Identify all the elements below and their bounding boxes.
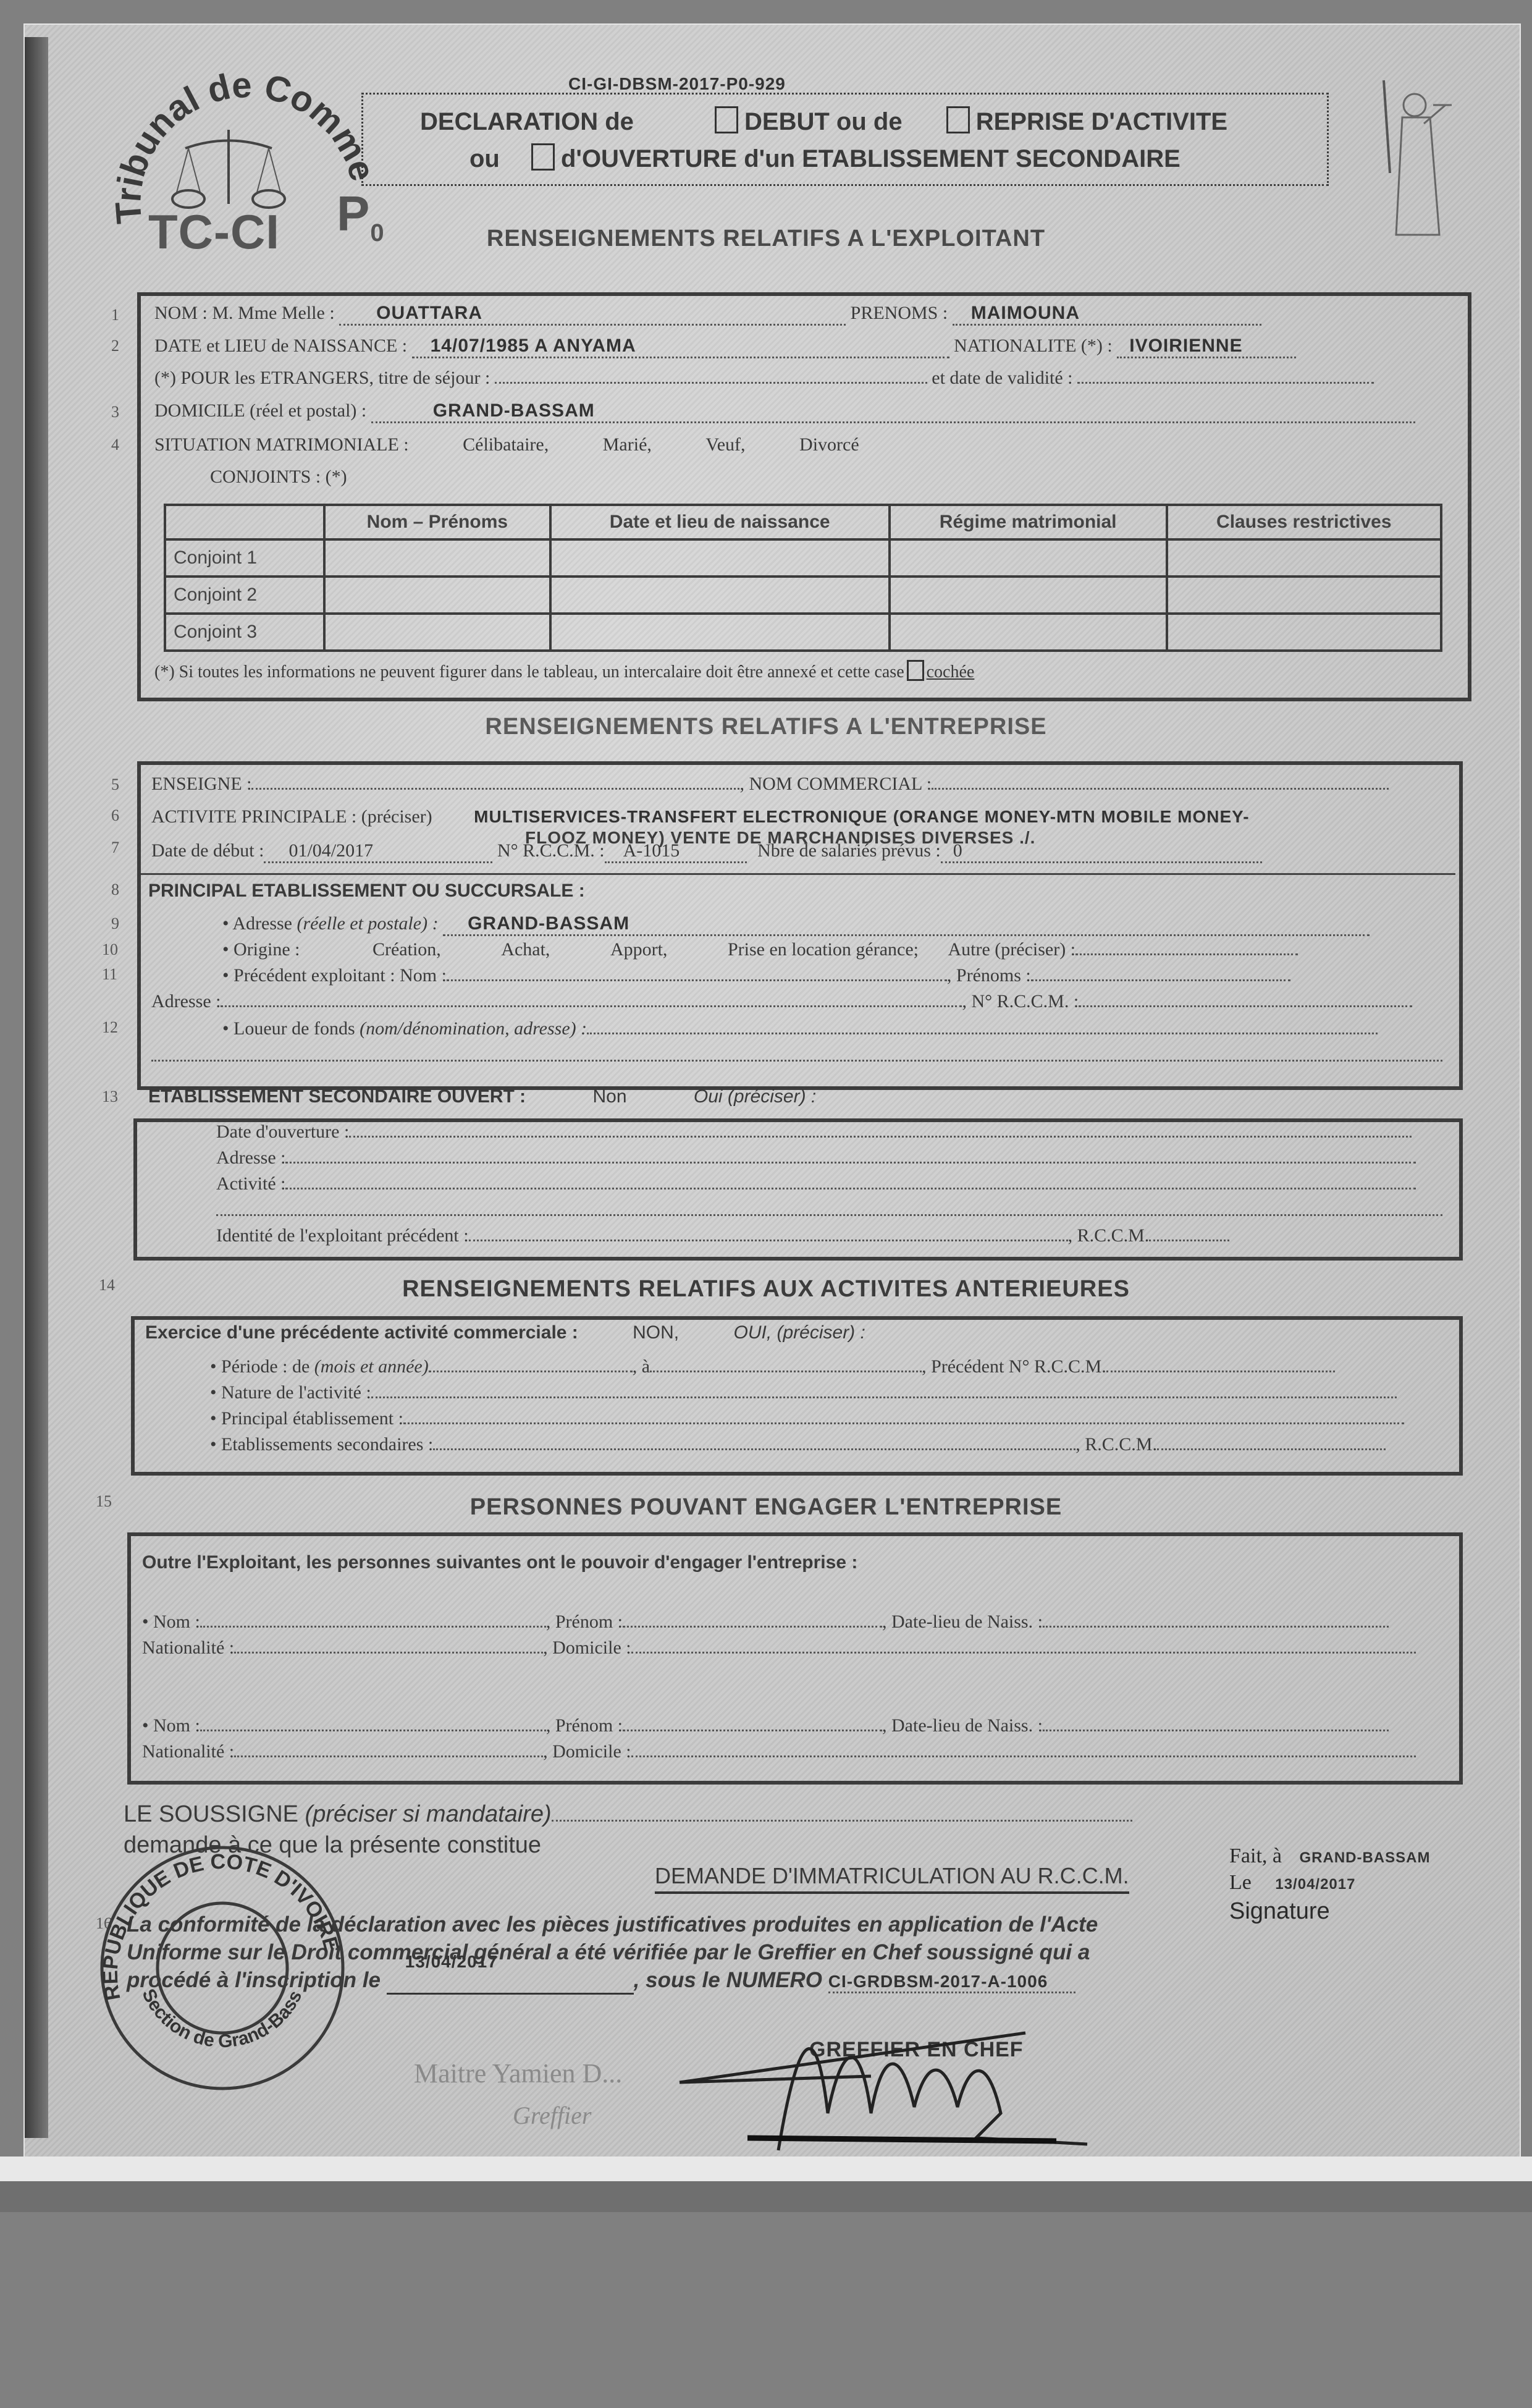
nom-row: NOM : M. Mme Melle : OUATTARA PRENOMS : …: [154, 303, 1261, 326]
scanner-band: [0, 2181, 1532, 2212]
secondaires-row: • Etablissements secondaires :, R.C.C.M.: [210, 1434, 1386, 1455]
adresse2-row: Adresse :, N° R.C.C.M. :: [151, 991, 1412, 1012]
row-number: 10: [102, 940, 118, 959]
section-title-exploitant: RENSEIGNEMENTS RELATIFS A L'EXPLOITANT: [0, 226, 1532, 252]
conjoints-footnote: (*) Si toutes les informations ne peuven…: [154, 660, 974, 682]
column-header: Régime matrimonial: [890, 505, 1167, 539]
le-row: Le 13/04/2017: [1229, 1871, 1355, 1895]
intercalaire-checkbox[interactable]: [907, 660, 924, 681]
column-header: Date et lieu de naissance: [550, 505, 890, 539]
faint-stamp-title: Greffier: [513, 2101, 591, 2130]
activite-field[interactable]: MULTISERVICES-TRANSFERT ELECTRONIQUE (OR…: [474, 807, 1249, 826]
precedent-adresse-field[interactable]: [221, 1005, 962, 1007]
row-number: 2: [111, 337, 119, 355]
conjoints-table: Nom – Prénoms Date et lieu de naissance …: [164, 504, 1442, 652]
conjoints-label: CONJOINTS : (*): [210, 467, 347, 488]
handwritten-signature-icon: [655, 1990, 1149, 2163]
nature-field[interactable]: [371, 1396, 1397, 1398]
debut-checkbox[interactable]: [715, 106, 738, 133]
option-veuf[interactable]: Veuf,: [705, 434, 745, 455]
row-number: 5: [111, 775, 119, 794]
personne-prenom-field[interactable]: [623, 1730, 882, 1731]
precedent-nom-field[interactable]: [447, 979, 947, 981]
option-location-gerance[interactable]: Prise en location gérance;: [728, 939, 919, 960]
row-number: 11: [102, 965, 117, 984]
table-row: Conjoint 2: [165, 577, 1441, 614]
periode-row: • Période : de (mois et année), à, Précé…: [210, 1356, 1335, 1377]
personnes-intro: Outre l'Exploitant, les personnes suivan…: [142, 1552, 857, 1573]
table-row: Conjoint 1: [165, 539, 1441, 577]
naissance-field[interactable]: 14/07/1985 A ANYAMA: [412, 336, 949, 358]
reference-stamp: CI-GI-DBSM-2017-P0-929: [568, 74, 786, 94]
loueur-row: • Loueur de fonds (nom/dénomination, adr…: [222, 1018, 1378, 1039]
fait-a-row: Fait, à GRAND-BASSAM: [1229, 1844, 1430, 1868]
identite-rccm-field[interactable]: [1149, 1240, 1229, 1241]
precedent-rccm-field[interactable]: [1079, 1005, 1412, 1007]
row-number: 4: [111, 436, 119, 454]
secondaires-field[interactable]: [433, 1448, 1075, 1450]
naissance-row: DATE et LIEU de NAISSANCE : 14/07/1985 A…: [154, 336, 1296, 358]
section-title-personnes: PERSONNES POUVANT ENGAGER L'ENTREPRISE: [0, 1494, 1532, 1521]
personne-date-field[interactable]: [1043, 1626, 1389, 1628]
salaries-field[interactable]: 0: [941, 840, 1262, 863]
secondaire-activite-field-2[interactable]: [216, 1214, 1442, 1216]
prenoms-field[interactable]: MAIMOUNA: [953, 303, 1261, 326]
row-number: 8: [111, 881, 119, 899]
nom-field[interactable]: OUATTARA: [339, 303, 846, 326]
periode-debut-field[interactable]: [429, 1371, 633, 1372]
adresse-field[interactable]: GRAND-BASSAM: [443, 913, 1370, 936]
date-ouverture-field[interactable]: [349, 1136, 1412, 1138]
scan-edge: [25, 37, 48, 2138]
row-number: 1: [111, 306, 119, 324]
validite-field[interactable]: [1077, 382, 1374, 384]
loueur-field-2[interactable]: [151, 1060, 1442, 1062]
svg-text:REPUBLIQUE DE COTE D'IVOIRE: REPUBLIQUE DE COTE D'IVOIRE: [99, 1850, 343, 2003]
loueur-field[interactable]: [587, 1033, 1378, 1034]
official-seal-icon: REPUBLIQUE DE COTE D'IVOIRE Section de G…: [93, 1838, 352, 2098]
option-creation[interactable]: Création,: [372, 939, 441, 960]
row-number: 9: [111, 915, 119, 933]
nom-commercial-field[interactable]: [932, 788, 1389, 790]
origine-row: • Origine : Création, Achat, Apport, Pri…: [222, 939, 1298, 960]
exercice-row: Exercice d'une précédente activité comme…: [145, 1322, 865, 1343]
personne-2-row-1: • Nom :, Prénom :, Date-lieu de Naiss. :: [142, 1715, 1389, 1736]
row-number: 3: [111, 403, 119, 421]
option-achat[interactable]: Achat,: [501, 939, 550, 960]
column-header: Clauses restrictives: [1167, 505, 1441, 539]
identite-row: Identité de l'exploitant précédent :, R.…: [216, 1225, 1229, 1246]
precedent-rccm-field[interactable]: [1106, 1371, 1335, 1372]
row-number: 6: [111, 806, 119, 825]
option-apport[interactable]: Apport,: [610, 939, 668, 960]
declaration-line-2: ou d'OUVERTURE d'un ETABLISSEMENT SECOND…: [469, 143, 1181, 173]
divider: [141, 873, 1455, 875]
domicile-row: DOMICILE (réel et postal) : GRAND-BASSAM: [154, 400, 1415, 423]
secondaire-activite-row: Activité :: [216, 1173, 1416, 1194]
enseigne-row: ENSEIGNE :, NOM COMMERCIAL :: [151, 774, 1389, 795]
secondaires-rccm-field[interactable]: [1157, 1448, 1386, 1450]
personne-nom-field[interactable]: [200, 1626, 546, 1628]
soussigne-field[interactable]: [552, 1820, 1132, 1822]
faint-stamp-name: Maitre Yamien D...: [414, 2058, 622, 2089]
signature-label: Signature: [1229, 1898, 1330, 1925]
option-marie[interactable]: Marié,: [603, 434, 652, 455]
enseigne-field[interactable]: [251, 788, 739, 790]
personne-1-row-2: Nationalité :, Domicile :: [142, 1637, 1416, 1658]
personne-date-field[interactable]: [1043, 1730, 1389, 1731]
date-debut-field[interactable]: 01/04/2017: [264, 840, 492, 863]
option-autre[interactable]: Autre (préciser) :: [948, 939, 1075, 960]
secondaire-adresse-row: Adresse :: [216, 1147, 1416, 1168]
personne-nom-field[interactable]: [200, 1730, 546, 1731]
soussigne-row: LE SOUSSIGNE (préciser si mandataire): [124, 1801, 1132, 1828]
date-debut-row: Date de début :01/04/2017 N° R.C.C.M. :A…: [151, 840, 1262, 863]
domicile-field[interactable]: GRAND-BASSAM: [371, 400, 1415, 423]
demande-title: DEMANDE D'IMMATRICULATION AU R.C.C.M.: [655, 1863, 1129, 1894]
personne-domicile-field[interactable]: [631, 1755, 1416, 1757]
declaration-line-1: DECLARATION de DEBUT ou de REPRISE D'ACT…: [420, 106, 1227, 136]
option-non[interactable]: Non: [593, 1086, 627, 1107]
situation-row: SITUATION MATRIMONIALE : Célibataire, Ma…: [154, 434, 859, 455]
personne-prenom-field[interactable]: [623, 1626, 882, 1628]
inscription-date-field[interactable]: 13/04/2017: [387, 1968, 634, 1995]
etrangers-row: (*) POUR les ETRANGERS, titre de séjour …: [154, 368, 1374, 389]
autre-field[interactable]: [1075, 953, 1298, 955]
nationalite-field[interactable]: IVOIRIENNE: [1117, 336, 1296, 358]
section-title-anterieures: RENSEIGNEMENTS RELATIFS AUX ACTIVITES AN…: [0, 1276, 1532, 1303]
row-number: 13: [102, 1088, 118, 1106]
adresse-row: • Adresse (réelle et postale) : GRAND-BA…: [222, 913, 1370, 936]
option-celibataire[interactable]: Célibataire,: [463, 434, 549, 455]
principal-title: PRINCIPAL ETABLISSEMENT OU SUCCURSALE :: [148, 881, 585, 902]
option-oui[interactable]: OUI, (préciser) :: [733, 1322, 865, 1343]
rccm-field[interactable]: A-1015: [605, 840, 747, 863]
principal-row: • Principal établissement :: [210, 1408, 1404, 1429]
row-number: 12: [102, 1018, 118, 1037]
secondaire-activite-field[interactable]: [285, 1188, 1416, 1189]
identite-field[interactable]: [469, 1240, 1068, 1241]
le-value: 13/04/2017: [1275, 1876, 1355, 1893]
personne-nationalite-field[interactable]: [234, 1652, 543, 1654]
column-header: Nom – Prénoms: [324, 505, 550, 539]
periode-fin-field[interactable]: [650, 1371, 922, 1372]
fait-a-value: GRAND-BASSAM: [1299, 1849, 1430, 1866]
secondaire-row: ETABLISSEMENT SECONDAIRE OUVERT : Non Ou…: [148, 1086, 816, 1107]
reprise-checkbox[interactable]: [946, 106, 970, 133]
table-header-row: Nom – Prénoms Date et lieu de naissance …: [165, 505, 1441, 539]
principal-field[interactable]: [403, 1422, 1404, 1424]
secondaire-adresse-field[interactable]: [285, 1162, 1416, 1164]
date-ouverture-row: Date d'ouverture :: [216, 1122, 1412, 1143]
personne-1-row-1: • Nom :, Prénom :, Date-lieu de Naiss. :: [142, 1612, 1389, 1633]
activite-row: ACTIVITE PRINCIPALE : (préciser) MULTISE…: [151, 806, 1250, 827]
nature-row: • Nature de l'activité :: [210, 1382, 1397, 1403]
personne-nationalite-field[interactable]: [234, 1755, 543, 1757]
personne-2-row-2: Nationalité :, Domicile :: [142, 1741, 1416, 1762]
precedent-row: • Précédent exploitant : Nom :, Prénoms …: [222, 965, 1290, 986]
precedent-prenoms-field[interactable]: [1031, 979, 1290, 981]
table-row: Conjoint 3: [165, 614, 1441, 651]
option-oui[interactable]: Oui (préciser) :: [694, 1086, 816, 1107]
ouverture-checkbox[interactable]: [531, 143, 555, 171]
option-non[interactable]: NON,: [633, 1322, 679, 1343]
lady-justice-icon: [1365, 68, 1452, 247]
titre-sejour-field[interactable]: [495, 382, 927, 384]
section-title-entreprise: RENSEIGNEMENTS RELATIFS A L'ENTREPRISE: [0, 714, 1532, 740]
option-divorce[interactable]: Divorcé: [799, 434, 859, 455]
row-number: 7: [111, 839, 119, 857]
personne-domicile-field[interactable]: [631, 1652, 1416, 1654]
